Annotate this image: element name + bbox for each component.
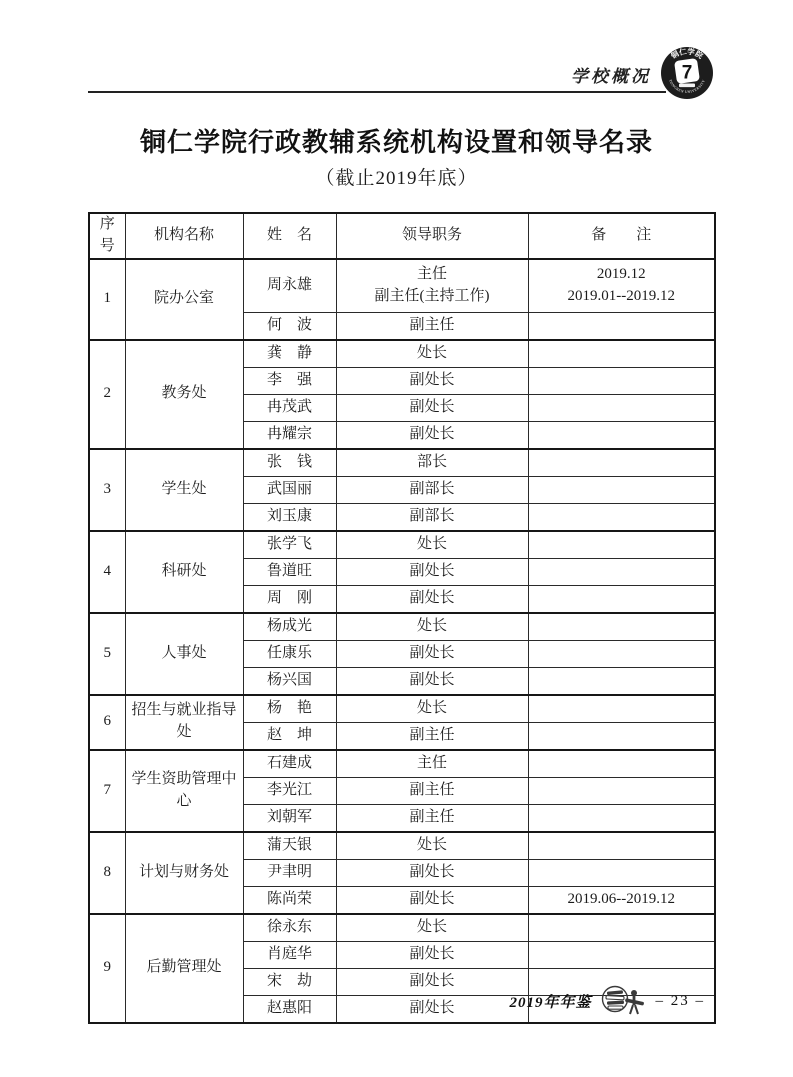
table-row: 9后勤管理处徐永东处长 (89, 914, 715, 942)
cell-leader-title: 副部长 (336, 476, 528, 503)
cell-serial: 4 (89, 531, 125, 613)
cell-leader-title: 主任 副主任(主持工作) (336, 259, 528, 313)
cell-leader-name: 张学飞 (243, 531, 336, 559)
cell-leader-name: 刘玉康 (243, 503, 336, 531)
cell-remark (528, 421, 715, 449)
cell-leader-name: 尹聿明 (243, 859, 336, 886)
column-header-org: 机构名称 (125, 213, 243, 259)
table-row: 3学生处张 钱部长 (89, 449, 715, 477)
cell-leader-title: 副处长 (336, 394, 528, 421)
cell-leader-title: 副主任 (336, 722, 528, 750)
cell-remark (528, 585, 715, 613)
cell-serial: 8 (89, 832, 125, 914)
cell-remark (528, 394, 715, 421)
cell-org-name: 教务处 (125, 340, 243, 449)
cell-remark (528, 914, 715, 942)
cell-serial: 1 (89, 259, 125, 340)
cell-leader-name: 赵 坤 (243, 722, 336, 750)
cell-leader-name: 张 钱 (243, 449, 336, 477)
cell-leader-name: 陈尚荣 (243, 886, 336, 914)
table-row: 7学生资助管理中心石建成主任 (89, 750, 715, 778)
cell-serial: 2 (89, 340, 125, 449)
cell-leader-name: 刘朝军 (243, 804, 336, 832)
cell-org-name: 院办公室 (125, 259, 243, 340)
cell-leader-title: 处长 (336, 340, 528, 368)
cell-leader-title: 副处长 (336, 968, 528, 995)
cell-leader-name: 周 刚 (243, 585, 336, 613)
cell-remark: 2019.12 2019.01--2019.12 (528, 259, 715, 313)
cell-leader-name: 冉耀宗 (243, 421, 336, 449)
cell-serial: 7 (89, 750, 125, 832)
cell-serial: 9 (89, 914, 125, 1023)
table-row: 4科研处张学飞处长 (89, 531, 715, 559)
cell-leader-name: 冉茂武 (243, 394, 336, 421)
cell-leader-title: 处长 (336, 914, 528, 942)
cell-leader-name: 周永雄 (243, 259, 336, 313)
page-title: 铜仁学院行政教辅系统机构设置和领导名录 (0, 122, 793, 159)
cell-org-name: 学生资助管理中心 (125, 750, 243, 832)
cell-leader-name: 徐永东 (243, 914, 336, 942)
org-leaders-table: 序号 机构名称 姓 名 领导职务 备 注 1院办公室周永雄主任 副主任(主持工作… (88, 212, 716, 1024)
cell-remark (528, 777, 715, 804)
cell-leader-title: 副处长 (336, 421, 528, 449)
column-header-title: 领导职务 (336, 213, 528, 259)
cell-leader-name: 杨成光 (243, 613, 336, 641)
cell-leader-title: 副处长 (336, 367, 528, 394)
cell-leader-name: 李 强 (243, 367, 336, 394)
cell-leader-name: 武国丽 (243, 476, 336, 503)
cell-serial: 3 (89, 449, 125, 531)
university-seal-icon: 铜仁学院 TONGREN UNIVERSITY 7 (659, 45, 715, 101)
cell-leader-title: 副主任 (336, 804, 528, 832)
cell-leader-name: 杨 艳 (243, 695, 336, 723)
cell-remark (528, 613, 715, 641)
cell-remark (528, 312, 715, 340)
document-page: 学校概况 铜仁学院 TONGREN UNIVERSITY 7 铜仁学院行政教辅系… (0, 0, 793, 1077)
cell-remark (528, 340, 715, 368)
table-header-row: 序号 机构名称 姓 名 领导职务 备 注 (89, 213, 715, 259)
cell-leader-title: 副处长 (336, 995, 528, 1023)
cell-leader-title: 副处长 (336, 886, 528, 914)
cell-leader-title: 副处长 (336, 640, 528, 667)
cell-remark (528, 804, 715, 832)
seal-center-glyph: 7 (682, 63, 693, 84)
column-header-name: 姓 名 (243, 213, 336, 259)
cell-leader-title: 副处长 (336, 667, 528, 695)
org-table-body: 1院办公室周永雄主任 副主任(主持工作)2019.12 2019.01--201… (89, 259, 715, 1023)
cell-leader-name: 宋 劫 (243, 968, 336, 995)
cell-leader-name: 何 波 (243, 312, 336, 340)
page-number: – 23 – (656, 993, 706, 1010)
cell-leader-title: 副处长 (336, 941, 528, 968)
page-subtitle: （截止2019年底） (0, 163, 793, 190)
cell-leader-title: 副处长 (336, 585, 528, 613)
cell-remark: 2019.06--2019.12 (528, 886, 715, 914)
cell-serial: 5 (89, 613, 125, 695)
footer-ornament-icon (601, 983, 647, 1019)
cell-org-name: 科研处 (125, 531, 243, 613)
cell-leader-title: 处长 (336, 695, 528, 723)
section-header-label: 学校概况 (571, 62, 651, 87)
table-row: 8计划与财务处蒲天银处长 (89, 832, 715, 860)
cell-remark (528, 558, 715, 585)
cell-leader-name: 杨兴国 (243, 667, 336, 695)
cell-leader-name: 李光江 (243, 777, 336, 804)
column-header-serial: 序号 (89, 213, 125, 259)
org-table-container: 序号 机构名称 姓 名 领导职务 备 注 1院办公室周永雄主任 副主任(主持工作… (88, 212, 716, 1024)
table-row: 5人事处杨成光处长 (89, 613, 715, 641)
cell-leader-title: 部长 (336, 449, 528, 477)
cell-remark (528, 640, 715, 667)
cell-remark (528, 750, 715, 778)
cell-serial: 6 (89, 695, 125, 750)
cell-leader-title: 副主任 (336, 312, 528, 340)
cell-leader-name: 赵惠阳 (243, 995, 336, 1023)
cell-org-name: 人事处 (125, 613, 243, 695)
column-header-remark: 备 注 (528, 213, 715, 259)
cell-remark (528, 449, 715, 477)
cell-leader-title: 主任 (336, 750, 528, 778)
cell-leader-name: 龚 静 (243, 340, 336, 368)
table-row: 2教务处龚 静处长 (89, 340, 715, 368)
cell-remark (528, 503, 715, 531)
table-row: 1院办公室周永雄主任 副主任(主持工作)2019.12 2019.01--201… (89, 259, 715, 313)
cell-org-name: 计划与财务处 (125, 832, 243, 914)
cell-remark (528, 695, 715, 723)
cell-remark (528, 832, 715, 860)
cell-leader-title: 处长 (336, 613, 528, 641)
cell-leader-name: 蒲天银 (243, 832, 336, 860)
header-rule (88, 91, 666, 93)
cell-remark (528, 531, 715, 559)
yearbook-label: 2019年年鉴 (509, 991, 591, 1012)
cell-leader-title: 处长 (336, 832, 528, 860)
cell-leader-name: 石建成 (243, 750, 336, 778)
cell-remark (528, 667, 715, 695)
cell-remark (528, 476, 715, 503)
table-row: 6招生与就业指导处杨 艳处长 (89, 695, 715, 723)
cell-org-name: 学生处 (125, 449, 243, 531)
cell-leader-title: 副部长 (336, 503, 528, 531)
cell-leader-name: 肖庭华 (243, 941, 336, 968)
cell-leader-title: 副处长 (336, 859, 528, 886)
cell-remark (528, 859, 715, 886)
cell-remark (528, 722, 715, 750)
cell-leader-title: 副处长 (336, 558, 528, 585)
cell-leader-title: 副主任 (336, 777, 528, 804)
cell-remark (528, 367, 715, 394)
cell-org-name: 后勤管理处 (125, 914, 243, 1023)
page-footer: 2019年年鉴 – 23 – (509, 983, 705, 1019)
cell-leader-name: 任康乐 (243, 640, 336, 667)
cell-leader-title: 处长 (336, 531, 528, 559)
cell-org-name: 招生与就业指导处 (125, 695, 243, 750)
cell-remark (528, 941, 715, 968)
seal-banner (679, 84, 695, 88)
cell-leader-name: 鲁道旺 (243, 558, 336, 585)
